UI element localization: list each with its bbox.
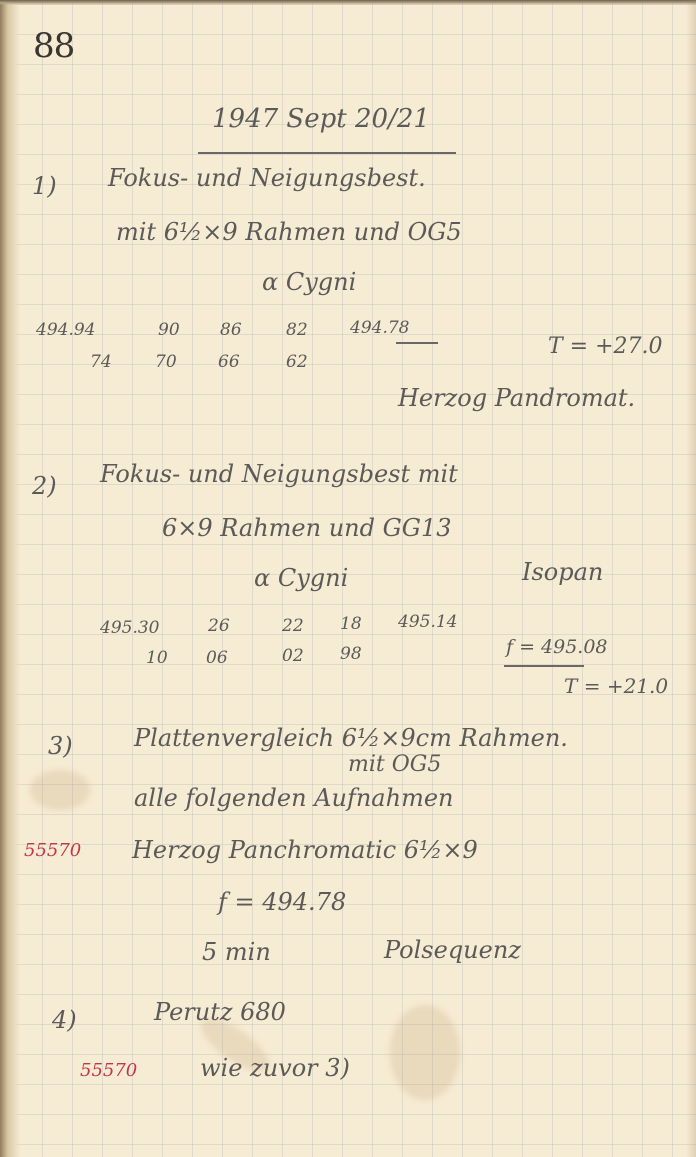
entry-1-reading: 86 bbox=[220, 320, 242, 340]
entry-4-plate-number: 55570 bbox=[80, 1060, 137, 1081]
entry-3-index: 3) bbox=[48, 732, 73, 760]
focus-underline bbox=[504, 665, 584, 667]
entry-1-index: 1) bbox=[32, 172, 57, 200]
entry-2-reading: 10 bbox=[146, 648, 168, 668]
water-stain bbox=[30, 770, 90, 810]
entry-3-plate-number: 55570 bbox=[24, 840, 81, 861]
entry-1-reading: 494.78 bbox=[350, 318, 409, 338]
entry-3-line-1: Plattenvergleich 6½×9cm Rahmen. bbox=[134, 724, 568, 752]
entry-3-focus: f = 494.78 bbox=[218, 888, 346, 916]
entry-1-reading: 494.94 bbox=[36, 320, 95, 340]
entry-1-line-2: mit 6½×9 Rahmen und OG5 bbox=[116, 218, 462, 246]
entry-1-reading: 82 bbox=[286, 320, 308, 340]
entry-1-line-1: Fokus- und Neigungsbest. bbox=[108, 164, 426, 192]
date-heading: 1947 Sept 20/21 bbox=[212, 104, 430, 134]
entry-2-film: Isopan bbox=[522, 558, 603, 586]
entry-2-line-2: 6×9 Rahmen und GG13 bbox=[162, 514, 452, 542]
entry-2-reading: 22 bbox=[282, 616, 304, 636]
entry-1-temperature: T = +27.0 bbox=[548, 334, 663, 359]
entry-3-target: Polsequenz bbox=[384, 936, 521, 964]
notebook-page: 88 1947 Sept 20/21 1) Fokus- und Neigung… bbox=[0, 0, 696, 1157]
water-stain bbox=[390, 1005, 460, 1100]
entry-2-line-1: Fokus- und Neigungsbest mit bbox=[100, 460, 458, 488]
entry-2-index: 2) bbox=[32, 472, 57, 500]
entry-1-reading: 70 bbox=[155, 352, 177, 372]
page-right-edge bbox=[686, 0, 696, 1157]
entry-2-temperature: T = +21.0 bbox=[564, 674, 668, 698]
entry-2-reading: 98 bbox=[340, 644, 362, 664]
entry-4-plate: Perutz 680 bbox=[154, 998, 286, 1026]
page-binding bbox=[0, 0, 20, 1157]
date-underline bbox=[198, 152, 456, 154]
entry-4-index: 4) bbox=[52, 1006, 77, 1034]
entry-2-reading: 02 bbox=[282, 646, 304, 666]
entry-1-plate: Herzog Pandromat. bbox=[398, 384, 635, 412]
entry-2-star: α Cygni bbox=[254, 564, 348, 592]
entry-1-reading: 66 bbox=[218, 352, 240, 372]
entry-2-reading: 26 bbox=[208, 616, 230, 636]
entry-3-exposure: 5 min bbox=[202, 938, 271, 966]
entry-3-line-2: mit OG5 bbox=[348, 752, 441, 777]
reading-underline bbox=[396, 342, 438, 344]
entry-1-reading: 90 bbox=[158, 320, 180, 340]
entry-2-reading: 18 bbox=[340, 614, 362, 634]
entry-4-note: wie zuvor 3) bbox=[200, 1054, 350, 1082]
entry-1-reading: 74 bbox=[90, 352, 112, 372]
entry-1-star: α Cygni bbox=[262, 268, 356, 296]
entry-3-line-3: alle folgenden Aufnahmen bbox=[134, 784, 454, 812]
entry-2-reading: 495.30 bbox=[100, 618, 159, 638]
entry-1-reading: 62 bbox=[286, 352, 308, 372]
page-number: 88 bbox=[33, 26, 74, 66]
entry-2-reading: 495.14 bbox=[398, 612, 457, 632]
page-top-edge bbox=[0, 0, 696, 5]
entry-3-plate: Herzog Panchromatic 6½×9 bbox=[132, 836, 478, 864]
entry-2-reading: 06 bbox=[206, 648, 228, 668]
entry-2-focus: f = 495.08 bbox=[506, 636, 608, 658]
